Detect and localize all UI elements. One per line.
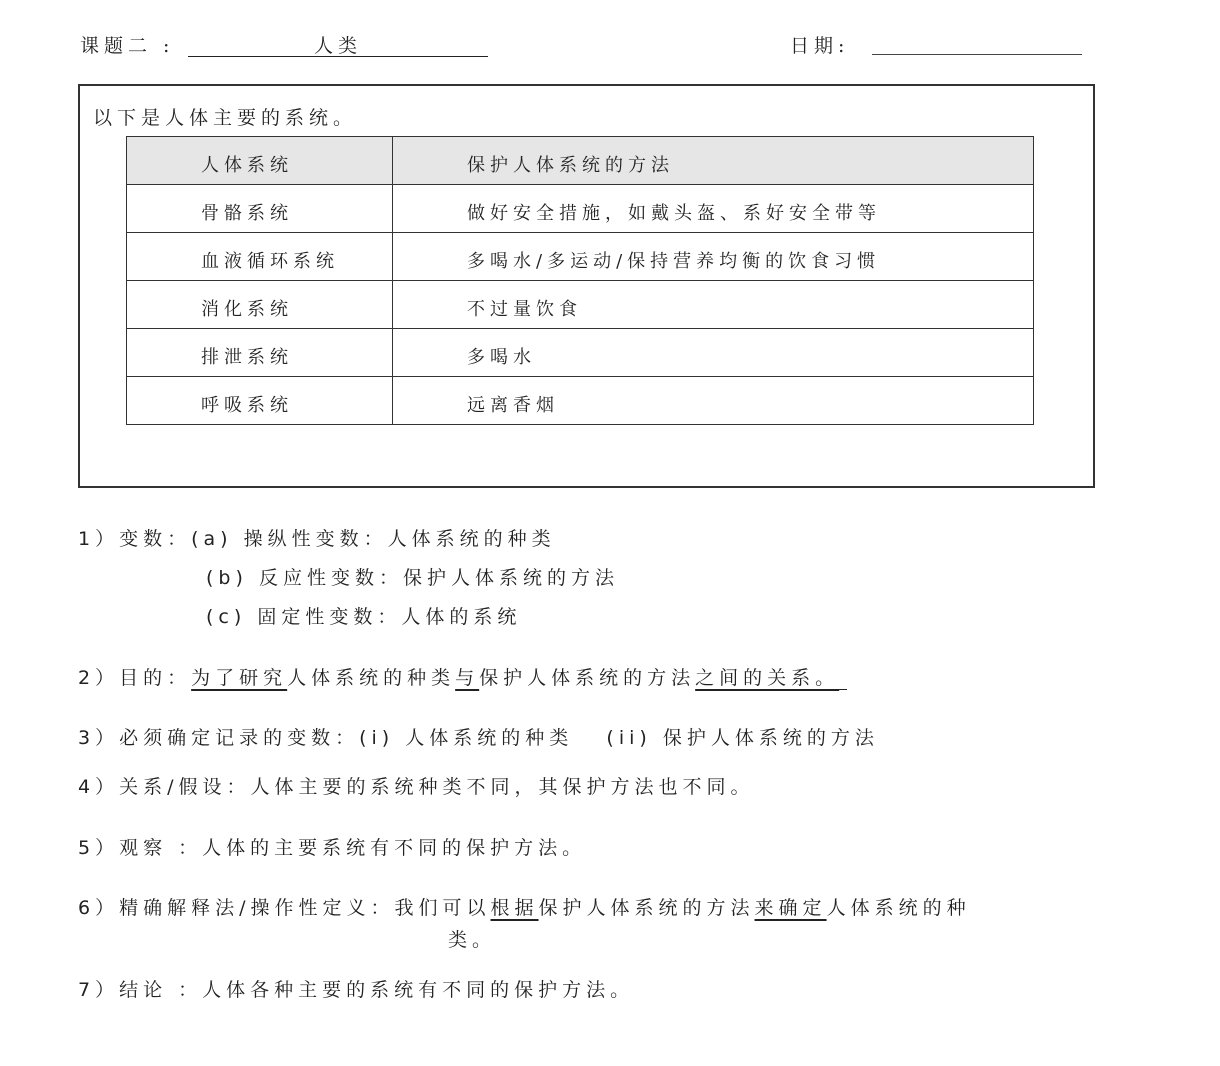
item-text: 人体的主要系统有不同的保护方法。 [202, 837, 586, 859]
cell-system: 血液循环系统 [127, 233, 393, 281]
table-row: 血液循环系统 多喝水/多运动/保持营养均衡的饮食习惯 [127, 233, 1034, 281]
date-label: 日期: [790, 34, 849, 58]
aim-part-underlined: 之间的关系。 [695, 667, 839, 689]
item-label: 结论 ： [119, 979, 202, 1001]
item-text: 人体主要的系统种类不同，其保护方法也不同。 [251, 776, 755, 798]
aim-part: 保护人体系统的方法 [479, 667, 695, 689]
item-number: 2） [78, 667, 119, 689]
item-label: 精确解释法/操作性定义： [119, 897, 394, 919]
aim-part: 人体系统的种类 [287, 667, 455, 689]
item-5-observation: 5）观察 ：人体的主要系统有不同的保护方法。 [78, 836, 586, 860]
topic-label: 课题二 : [80, 34, 174, 58]
item-1-variables: 1）变数：(a) 操纵性变数：人体系统的种类 [78, 527, 556, 551]
definition-part-underlined: 来确定 [755, 897, 827, 919]
box-intro: 以下是人体主要的系统。 [93, 106, 357, 130]
table-row: 骨骼系统 做好安全措施，如戴头盔、系好安全带等 [127, 185, 1034, 233]
topic-underline [188, 56, 488, 57]
cell-method: 做好安全措施，如戴头盔、系好安全带等 [393, 185, 1034, 233]
item-7-conclusion: 7）结论 ：人体各种主要的系统有不同的保护方法。 [78, 978, 634, 1002]
table-row: 消化系统 不过量饮食 [127, 281, 1034, 329]
record-variable-i: 人体系统的种类 [405, 727, 573, 749]
cell-method: 不过量饮食 [393, 281, 1034, 329]
item-1b: (b) 反应性变数：保护人体系统的方法 [206, 566, 619, 590]
variable-tag-a: (a) [191, 528, 232, 550]
item-2-aim: 2）目的：为了研究人体系统的种类与保护人体系统的方法之间的关系。 [78, 666, 847, 690]
item-number: 5） [78, 837, 119, 859]
responding-variable: 反应性变数：保护人体系统的方法 [259, 567, 619, 589]
table-row: 排泄系统 多喝水 [127, 329, 1034, 377]
cell-system: 排泄系统 [127, 329, 393, 377]
item-6-continuation: 类。 [448, 928, 496, 952]
definition-part: 人体系统的种 [827, 897, 971, 919]
table-header-row: 人体系统 保护人体系统的方法 [127, 137, 1034, 185]
record-variable-ii: 保护人体系统的方法 [663, 727, 879, 749]
item-number: 6） [78, 897, 119, 919]
item-label: 变数： [119, 528, 191, 550]
record-tag-i: (i) [359, 727, 394, 749]
item-3-recorded-variables: 3）必须确定记录的变数：(i) 人体系统的种类 (ii) 保护人体系统的方法 [78, 726, 879, 750]
definition-part: 我们可以 [395, 897, 491, 919]
item-4-hypothesis: 4）关系/假设：人体主要的系统种类不同，其保护方法也不同。 [78, 775, 755, 799]
column-header-method: 保护人体系统的方法 [393, 137, 1034, 185]
manipulated-variable: 操纵性变数：人体系统的种类 [244, 528, 556, 550]
systems-table: 人体系统 保护人体系统的方法 骨骼系统 做好安全措施，如戴头盔、系好安全带等 血… [126, 136, 1034, 425]
item-number: 1） [78, 528, 119, 550]
aim-trailing-underline [833, 689, 847, 690]
date-field[interactable] [872, 54, 1082, 55]
definition-part-underlined: 根据 [491, 897, 539, 919]
cell-system: 呼吸系统 [127, 377, 393, 425]
aim-part-underlined: 为了研究 [191, 667, 287, 689]
cell-method: 多喝水 [393, 329, 1034, 377]
variable-tag-b: (b) [206, 567, 248, 589]
item-number: 4） [78, 776, 119, 798]
item-number: 3） [78, 727, 119, 749]
definition-part: 保护人体系统的方法 [539, 897, 755, 919]
item-6-operational-definition: 6）精确解释法/操作性定义：我们可以根据保护人体系统的方法来确定人体系统的种 [78, 896, 971, 920]
aim-part-underlined: 与 [455, 667, 479, 689]
item-text: 人体各种主要的系统有不同的保护方法。 [202, 979, 634, 1001]
cell-system: 消化系统 [127, 281, 393, 329]
table-row: 呼吸系统 远离香烟 [127, 377, 1034, 425]
item-1c: (c) 固定性变数：人体的系统 [206, 605, 521, 629]
variable-tag-c: (c) [206, 606, 246, 628]
item-label: 目的： [119, 667, 191, 689]
item-number: 7） [78, 979, 119, 1001]
record-tag-ii: (ii) [606, 727, 651, 749]
constant-variable: 固定性变数：人体的系统 [257, 606, 521, 628]
column-header-system: 人体系统 [127, 137, 393, 185]
item-label: 关系/假设： [119, 776, 250, 798]
item-label: 必须确定记录的变数： [119, 727, 359, 749]
item-label: 观察 ： [119, 837, 202, 859]
cell-method: 远离香烟 [393, 377, 1034, 425]
topic-value: 人类 [188, 34, 488, 58]
cell-system: 骨骼系统 [127, 185, 393, 233]
cell-method: 多喝水/多运动/保持营养均衡的饮食习惯 [393, 233, 1034, 281]
